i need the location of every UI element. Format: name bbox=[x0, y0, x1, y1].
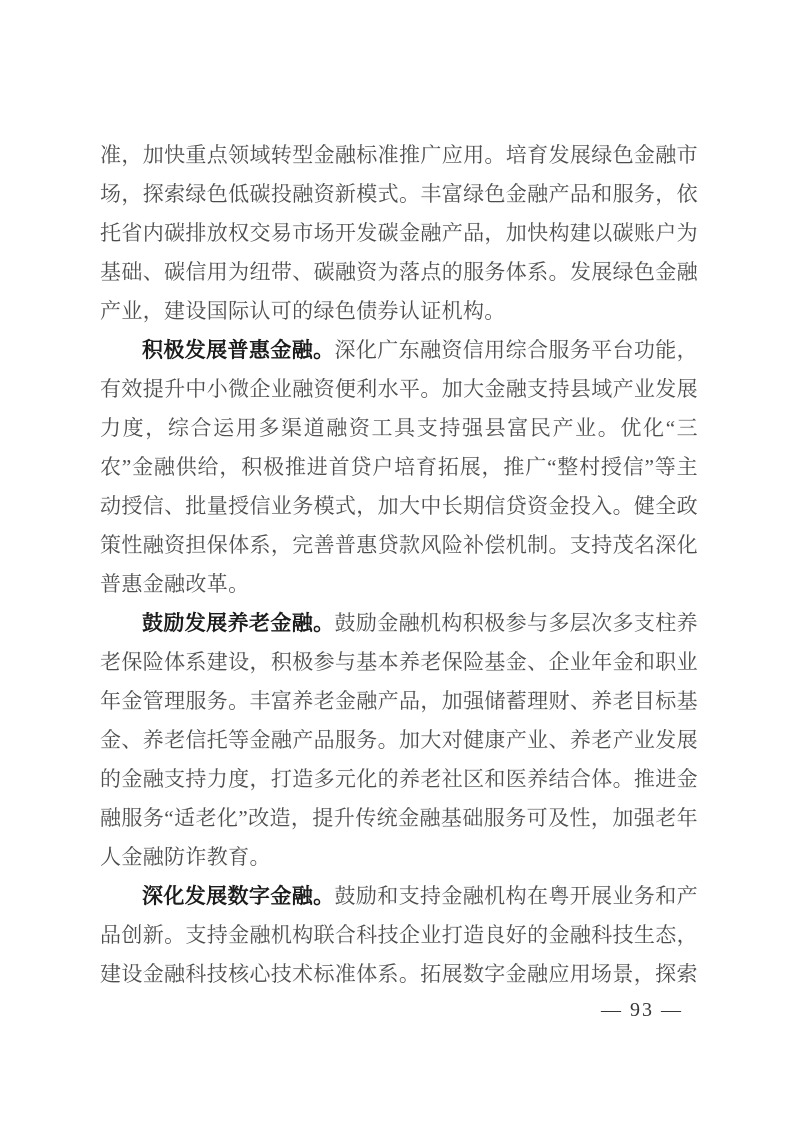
paragraph-pension-finance: 鼓励发展养老金融。鼓励金融机构积极参与多层次多支柱养老保险体系建设，积极参与基本… bbox=[100, 604, 698, 877]
paragraph-inclusive-finance: 积极发展普惠金融。深化广东融资信用综合服务平台功能，有效提升中小微企业融资便利水… bbox=[100, 331, 698, 604]
paragraph-text: 深化广东融资信用综合服务平台功能，有效提升中小微企业融资便利水平。加大金融支持县… bbox=[100, 338, 698, 596]
text-content: 准，加快重点领域转型金融标准推广应用。培育发展绿色金融市场，探索绿色低碳投融资新… bbox=[100, 136, 698, 994]
document-page: 准，加快重点领域转型金融标准推广应用。培育发展绿色金融市场，探索绿色低碳投融资新… bbox=[0, 0, 794, 1123]
paragraph-digital-finance: 深化发展数字金融。鼓励和支持金融机构在粤开展业务和产品创新。支持金融机构联合科技… bbox=[100, 877, 698, 994]
paragraph-green-finance: 准，加快重点领域转型金融标准推广应用。培育发展绿色金融市场，探索绿色低碳投融资新… bbox=[100, 136, 698, 331]
paragraph-text: 准，加快重点领域转型金融标准推广应用。培育发展绿色金融市场，探索绿色低碳投融资新… bbox=[100, 143, 698, 323]
paragraph-lead: 深化发展数字金融。 bbox=[142, 884, 334, 908]
paragraph-text: 鼓励金融机构积极参与多层次多支柱养老保险体系建设，积极参与基本养老保险基金、企业… bbox=[100, 611, 698, 869]
page-number: — 93 — bbox=[100, 998, 683, 1022]
paragraph-lead: 鼓励发展养老金融。 bbox=[142, 611, 334, 635]
paragraph-lead: 积极发展普惠金融。 bbox=[142, 338, 334, 362]
